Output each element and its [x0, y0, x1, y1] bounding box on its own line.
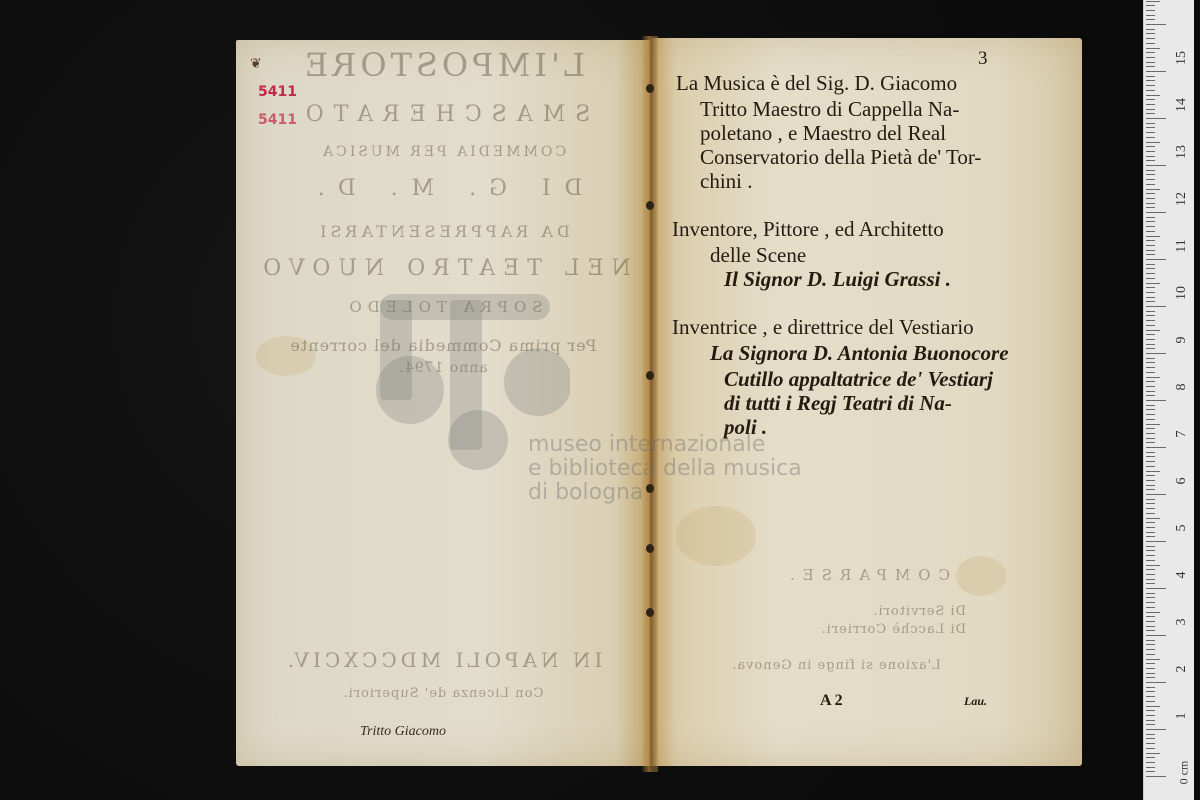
ruler-tick — [1146, 43, 1155, 44]
ruler-tick — [1146, 226, 1155, 227]
ruler-tick — [1146, 367, 1155, 368]
ruler-tick — [1146, 597, 1155, 598]
ruler-tick — [1146, 701, 1155, 702]
ruler-number: 7 — [1174, 424, 1190, 444]
ruler-tick — [1146, 57, 1155, 58]
ruler-tick — [1146, 687, 1155, 688]
ruler-tick — [1146, 771, 1155, 772]
ruler-tick — [1146, 757, 1155, 758]
ruler-number: 11 — [1174, 236, 1190, 256]
text-line: Inventrice , e direttrice del Vestiario — [672, 314, 974, 340]
ruler-tick — [1146, 762, 1155, 763]
ruler-tick — [1146, 217, 1155, 218]
ruler-tick — [1146, 710, 1155, 711]
ruler-tick — [1146, 395, 1155, 396]
ruler-tick — [1146, 33, 1155, 34]
ruler-tick — [1146, 706, 1160, 707]
ruler-tick — [1146, 184, 1155, 185]
ruler-tick — [1146, 588, 1166, 589]
ruler-tick — [1146, 132, 1155, 133]
ruler-number: 15 — [1174, 48, 1190, 68]
ruler-tick — [1146, 644, 1155, 645]
ruler-tick — [1146, 682, 1166, 683]
ruler-tick — [1146, 424, 1160, 425]
ruler-tick — [1146, 409, 1155, 410]
ruler-tick — [1146, 579, 1155, 580]
ruler-tick — [1146, 508, 1155, 509]
ruler-tick — [1146, 174, 1155, 175]
show-through-imprint: IN NAPOLI MDCCXCIV. — [236, 648, 650, 672]
ruler-number: 14 — [1174, 95, 1190, 115]
ruler-tick — [1146, 118, 1166, 119]
ruler-tick — [1146, 663, 1155, 664]
ruler-tick — [1146, 19, 1155, 20]
ruler-tick — [1146, 391, 1155, 392]
ruler-tick — [1146, 743, 1155, 744]
ruler-tick — [1146, 729, 1166, 730]
ruler-tick — [1146, 640, 1155, 641]
ruler-tick — [1146, 283, 1160, 284]
show-through-line: Di Servitori. — [666, 604, 966, 619]
ruler-tick — [1146, 583, 1155, 584]
ruler-tick — [1146, 330, 1160, 331]
ruler-tick — [1146, 447, 1166, 448]
ruler-number: 4 — [1174, 565, 1190, 585]
ruler-tick — [1146, 616, 1155, 617]
ruler-number: 12 — [1174, 189, 1190, 209]
ruler-tick — [1146, 428, 1155, 429]
ruler-tick — [1146, 358, 1155, 359]
binding-stitch — [646, 544, 654, 553]
ruler-tick — [1146, 494, 1166, 495]
ruler-tick — [1146, 748, 1155, 749]
text-line: chini . — [700, 168, 753, 194]
ruler-tick — [1146, 212, 1166, 213]
text-line-italic: Il Signor D. Luigi Grassi . — [724, 266, 951, 292]
ruler-tick — [1146, 461, 1155, 462]
text-line: Inventore, Pittore , ed Architetto — [672, 216, 944, 242]
ruler-tick — [1146, 555, 1155, 556]
ruler-tick — [1146, 306, 1166, 307]
open-book: ❦ 5411 5411 L'IMPOSTORE SMASCHERATO COMM… — [236, 36, 1086, 772]
ruler-unit-label: 0 cm — [1177, 753, 1192, 793]
ruler-number: 9 — [1174, 330, 1190, 350]
ruler-tick — [1146, 240, 1155, 241]
ruler-tick — [1146, 48, 1160, 49]
ruler-tick — [1146, 325, 1155, 326]
ruler-tick — [1146, 90, 1155, 91]
ruler-tick — [1146, 179, 1155, 180]
show-through-line: COMMEDIA PER MUSICA — [236, 144, 650, 160]
ruler-tick — [1146, 372, 1155, 373]
ruler-tick — [1146, 123, 1155, 124]
text-line: delle Scene — [710, 242, 806, 268]
handwritten-note: Tritto Giacomo — [360, 724, 446, 740]
ruler-tick — [1146, 456, 1155, 457]
ruler-tick — [1146, 532, 1155, 533]
watermark-line: e biblioteca della musica — [528, 457, 802, 481]
ruler-tick — [1146, 146, 1155, 147]
ruler-tick — [1146, 626, 1155, 627]
ruler-tick — [1146, 546, 1155, 547]
ruler-tick — [1146, 245, 1155, 246]
text-line: Tritto Maestro di Cappella Na- — [700, 96, 959, 122]
signature-mark: A 2 — [820, 692, 843, 710]
catchword: Lau. — [964, 694, 987, 709]
show-through-line: L'azione si finge in Genova. — [676, 658, 996, 673]
ruler-tick — [1146, 480, 1155, 481]
ruler-number: 2 — [1174, 659, 1190, 679]
ruler-tick — [1146, 400, 1166, 401]
ruler-tick — [1146, 753, 1160, 754]
ruler-tick — [1146, 550, 1155, 551]
ruler-tick — [1146, 696, 1155, 697]
ruler-tick — [1146, 297, 1155, 298]
ruler-tick — [1146, 362, 1155, 363]
ruler-tick — [1146, 334, 1155, 335]
ruler-number: 6 — [1174, 471, 1190, 491]
ruler-tick — [1146, 10, 1155, 11]
ruler-tick — [1146, 311, 1155, 312]
text-line-italic: La Signora D. Antonia Buonocore — [710, 340, 1009, 366]
ruler-tick — [1146, 62, 1155, 63]
ruler-tick — [1146, 673, 1155, 674]
show-through-line: Con Licenza de' Superiori. — [236, 686, 650, 701]
ruler-tick — [1146, 612, 1160, 613]
ruler-tick — [1146, 569, 1155, 570]
ruler-tick — [1146, 5, 1155, 6]
ruler-tick — [1146, 189, 1160, 190]
ruler-tick — [1146, 38, 1155, 39]
ruler-tick — [1146, 433, 1155, 434]
ruler-tick — [1146, 348, 1155, 349]
ruler-tick — [1146, 287, 1155, 288]
text-line: Conservatorio della Pietà de' Tor- — [700, 144, 981, 170]
ruler-tick — [1146, 649, 1155, 650]
ruler-number: 10 — [1174, 283, 1190, 303]
text-line: La Musica è del Sig. D. Giacomo — [676, 70, 957, 96]
ruler-tick — [1146, 536, 1155, 537]
binding-stitch — [646, 84, 654, 93]
ruler-tick — [1146, 715, 1155, 716]
show-through-line: COMPARSE. — [656, 566, 1076, 584]
ruler-tick — [1146, 231, 1155, 232]
ruler-tick — [1146, 353, 1166, 354]
ruler-tick — [1146, 137, 1155, 138]
watermark-text: museo internazionale e biblioteca della … — [528, 433, 802, 505]
measurement-ruler: 0 cm 1 2 3 4 5 6 7 8 9 10 11 12 13 14 15 — [1143, 0, 1194, 800]
ruler-tick — [1146, 560, 1155, 561]
ruler-tick — [1146, 113, 1155, 114]
watermark-line: museo internazionale — [528, 433, 802, 457]
ruler-tick — [1146, 738, 1155, 739]
ruler-tick — [1146, 565, 1160, 566]
ruler-tick — [1146, 109, 1155, 110]
ruler-tick — [1146, 236, 1160, 237]
ruler-tick — [1146, 104, 1155, 105]
ruler-tick — [1146, 24, 1166, 25]
ruler-tick — [1146, 29, 1155, 30]
ruler-tick — [1146, 203, 1155, 204]
ruler-number: 8 — [1174, 377, 1190, 397]
ruler-tick — [1146, 278, 1155, 279]
ruler-tick — [1146, 466, 1155, 467]
text-line: poletano , e Maestro del Real — [700, 120, 946, 146]
ruler-tick — [1146, 315, 1155, 316]
ruler-tick — [1146, 127, 1155, 128]
text-line-italic: Cutillo appaltatrice de' Vestiarj — [724, 366, 993, 392]
ruler-tick — [1146, 15, 1155, 16]
ruler-tick — [1146, 414, 1155, 415]
ruler-tick — [1146, 80, 1155, 81]
ruler-tick — [1146, 720, 1155, 721]
ruler-tick — [1146, 724, 1155, 725]
ruler-tick — [1146, 198, 1155, 199]
ruler-tick — [1146, 344, 1155, 345]
library-stamp: 5411 — [258, 84, 297, 100]
page-number: 3 — [978, 48, 988, 70]
ruler-tick — [1146, 66, 1155, 67]
ruler-tick — [1146, 475, 1155, 476]
ruler-tick — [1146, 320, 1155, 321]
ruler-tick — [1146, 292, 1155, 293]
ruler-tick — [1146, 273, 1155, 274]
ruler-tick — [1146, 541, 1166, 542]
ruler-tick — [1146, 151, 1155, 152]
ruler-tick — [1146, 513, 1155, 514]
ruler-tick — [1146, 405, 1155, 406]
watermark-line: di bologna — [528, 481, 802, 505]
ruler-number: 1 — [1174, 706, 1190, 726]
ruler-tick — [1146, 419, 1155, 420]
ruler-tick — [1146, 438, 1155, 439]
ruler-tick — [1146, 339, 1155, 340]
ruler-tick — [1146, 734, 1155, 735]
ruler-tick — [1146, 522, 1155, 523]
ruler-tick — [1146, 156, 1155, 157]
ruler-tick — [1146, 377, 1160, 378]
ruler-tick — [1146, 259, 1166, 260]
ruler-tick — [1146, 268, 1155, 269]
paper-stain — [676, 506, 756, 566]
ruler-tick — [1146, 221, 1155, 222]
ruler-tick — [1146, 207, 1155, 208]
ruler-tick — [1146, 621, 1155, 622]
ruler-tick — [1146, 254, 1155, 255]
ruler-tick — [1146, 301, 1155, 302]
ruler-tick — [1146, 518, 1160, 519]
ruler-tick — [1146, 95, 1160, 96]
ruler-tick — [1146, 691, 1155, 692]
ruler-tick — [1146, 264, 1155, 265]
ruler-tick — [1146, 677, 1155, 678]
binding-stitch — [646, 608, 654, 617]
ruler-tick — [1146, 170, 1155, 171]
ruler-number: 5 — [1174, 518, 1190, 538]
ruler-tick — [1146, 71, 1166, 72]
ruler-tick — [1146, 99, 1155, 100]
ruler-tick — [1146, 489, 1155, 490]
ruler-tick — [1146, 776, 1166, 777]
ruler-tick — [1146, 499, 1155, 500]
ruler-tick — [1146, 85, 1155, 86]
ruler-tick — [1146, 250, 1155, 251]
ruler-tick — [1146, 52, 1155, 53]
binding-stitch — [646, 201, 654, 210]
ruler-tick — [1146, 659, 1160, 660]
show-through-line: DA RAPPRESENTARSI — [236, 222, 650, 241]
ruler-tick — [1146, 160, 1155, 161]
ruler-tick — [1146, 630, 1155, 631]
ruler-tick — [1146, 503, 1155, 504]
ruler-tick — [1146, 381, 1155, 382]
ruler-tick — [1146, 635, 1166, 636]
show-through-line: DI G. M. D. — [236, 176, 650, 201]
ruler-tick — [1146, 76, 1155, 77]
ruler-tick — [1146, 485, 1155, 486]
show-through-line: SMASCHERATO — [236, 102, 650, 127]
ruler-tick — [1146, 1, 1160, 2]
ruler-tick — [1146, 452, 1155, 453]
ruler-tick — [1146, 593, 1155, 594]
ruler-tick — [1146, 574, 1155, 575]
ruler-tick — [1146, 142, 1160, 143]
ruler-tick — [1146, 386, 1155, 387]
ruler-number: 3 — [1174, 612, 1190, 632]
ruler-tick — [1146, 527, 1155, 528]
ruler-tick — [1146, 668, 1155, 669]
show-through-title: L'IMPOSTORE — [236, 46, 650, 84]
text-line-italic: di tutti i Regj Teatri di Na- — [724, 390, 952, 416]
ruler-tick — [1146, 165, 1166, 166]
show-through-line: Di Lacchè Corrieri. — [666, 622, 966, 637]
ruler-tick — [1146, 442, 1155, 443]
show-through-line: NEL TEATRO NUOVO — [236, 256, 650, 281]
ruler-tick — [1146, 654, 1155, 655]
ruler-tick — [1146, 471, 1160, 472]
ruler-tick — [1146, 767, 1155, 768]
ruler-number: 13 — [1174, 142, 1190, 162]
ruler-tick — [1146, 607, 1155, 608]
ruler-tick — [1146, 193, 1155, 194]
ruler-tick — [1146, 602, 1155, 603]
